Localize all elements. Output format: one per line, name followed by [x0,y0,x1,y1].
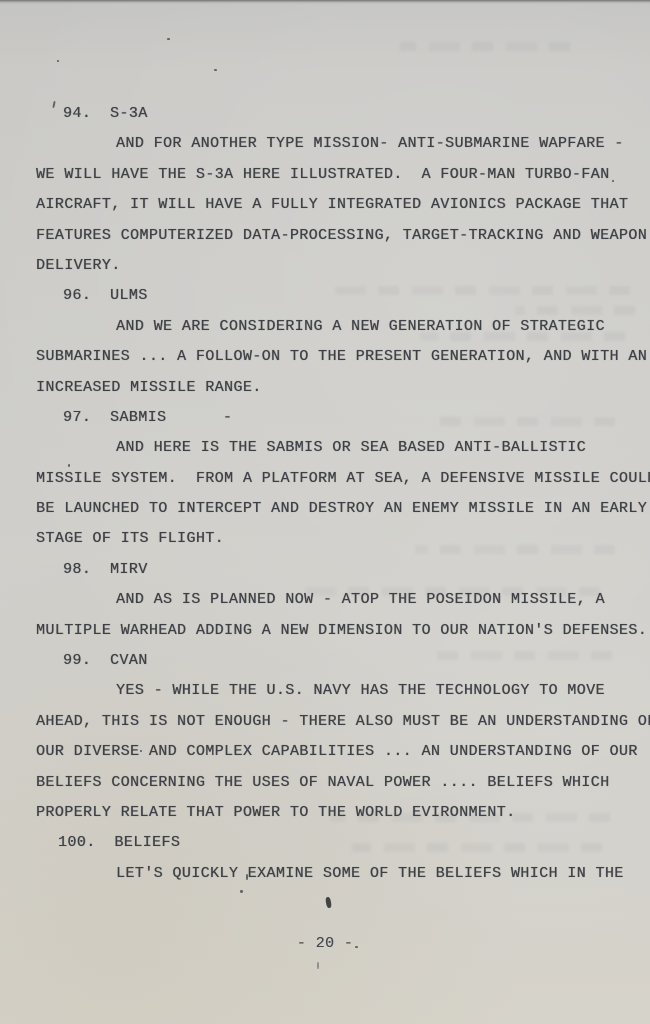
typed-line: FEATURES COMPUTERIZED DATA-PROCESSING, T… [36,221,628,251]
bleed-through-smudge [400,42,570,51]
typed-line: BE LAUNCHED TO INTERCEPT AND DESTROY AN … [36,494,628,524]
page-number: - 20 - [0,929,650,959]
section-heading-99: 99. CVAN [63,646,628,676]
typed-line: PROPERLY RELATE THAT POWER TO THE WORLD … [36,798,628,828]
typed-line: LET'S QUICKLY EXAMINE SOME OF THE BELIEF… [116,859,628,889]
paper-speck [167,38,170,40]
paper-speck [317,962,319,969]
paper-speck [214,69,217,71]
typed-text-block: 94. S-3A AND FOR ANOTHER TYPE MISSION- A… [36,99,628,889]
typed-line: YES - WHILE THE U.S. NAVY HAS THE TECHNO… [116,676,628,706]
scanned-typewritten-page: 94. S-3A AND FOR ANOTHER TYPE MISSION- A… [0,0,650,1024]
typed-line: INCREASED MISSILE RANGE. [36,373,628,403]
section-heading-100: 100. BELIEFS [58,828,628,858]
typed-line: AND HERE IS THE SABMIS OR SEA BASED ANTI… [116,433,628,463]
section-heading-97: 97. SABMIS - [63,403,628,433]
typed-line: DELIVERY. [36,251,628,281]
typed-line: MISSILE SYSTEM. FROM A PLATFORM AT SEA, … [36,464,628,494]
ink-blot [325,897,332,909]
paper-speck [57,60,59,62]
typed-line: BELIEFS CONCERNING THE USES OF NAVAL POW… [36,768,628,798]
section-heading-94: 94. S-3A [63,99,628,129]
typed-line: OUR DIVERSE AND COMPLEX CAPABILITIES ...… [36,737,628,767]
typed-line: WE WILL HAVE THE S-3A HERE ILLUSTRATED. … [36,160,628,190]
typed-line: AHEAD, THIS IS NOT ENOUGH - THERE ALSO M… [36,707,628,737]
typed-line: AND FOR ANOTHER TYPE MISSION- ANTI-SUBMA… [116,129,628,159]
paper-speck [240,890,243,893]
typed-line: MULTIPLE WARHEAD ADDING A NEW DIMENSION … [36,616,628,646]
typed-line: AIRCRAFT, IT WILL HAVE A FULLY INTEGRATE… [36,190,628,220]
section-heading-98: 98. MIRV [63,555,628,585]
scan-top-edge-shadow [0,0,650,4]
typed-line: SUBMARINES ... A FOLLOW-ON TO THE PRESEN… [36,342,628,372]
typed-line: AND WE ARE CONSIDERING A NEW GENERATION … [116,312,628,342]
typed-line: STAGE OF ITS FLIGHT. [36,524,628,554]
section-heading-96: 96. ULMS [63,281,628,311]
typed-line: AND AS IS PLANNED NOW - ATOP THE POSEIDO… [116,585,628,615]
